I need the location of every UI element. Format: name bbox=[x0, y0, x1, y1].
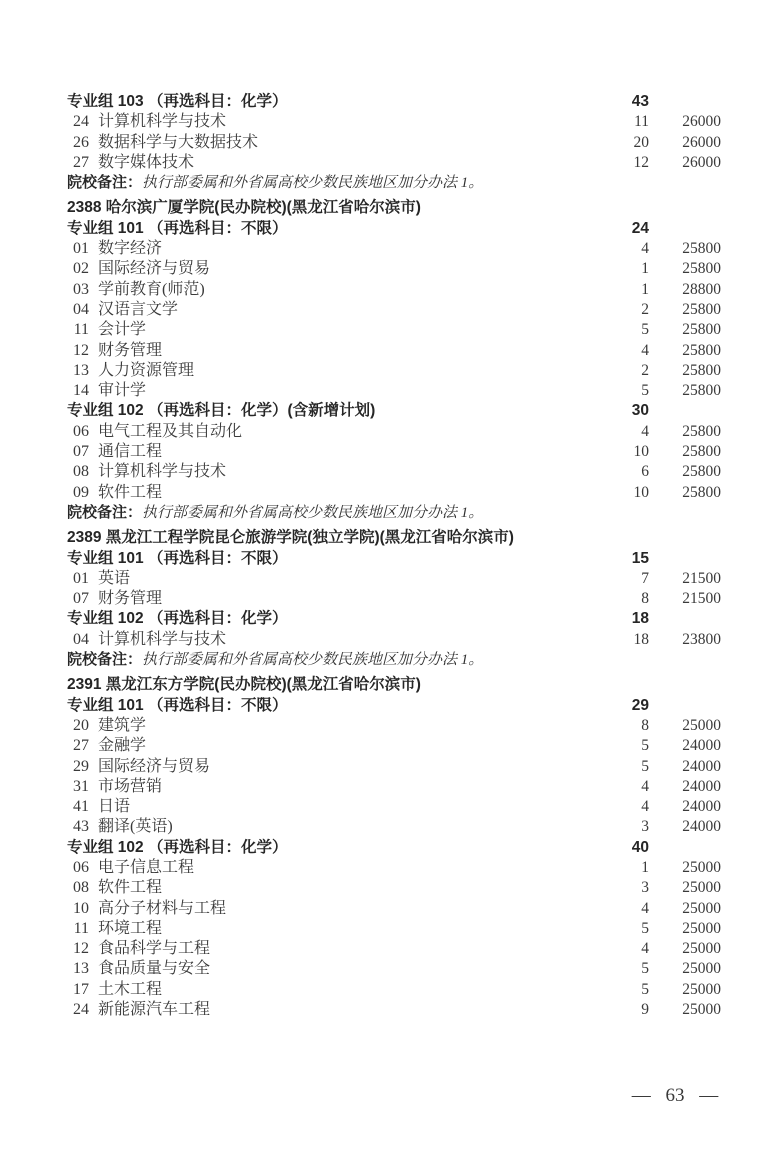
major-code: 20 bbox=[67, 716, 89, 736]
major-name: 学前教育(师范) bbox=[98, 281, 205, 298]
major-tuition-fee: 25800 bbox=[649, 320, 721, 340]
major-name: 计算机科学与技术 bbox=[98, 631, 226, 648]
major-tuition-fee: 24000 bbox=[649, 757, 721, 777]
admission-plan-table: 专业组 103 （再选科目：化学）4324计算机科学与技术112600026数据… bbox=[67, 92, 721, 1020]
major-plan-count: 4 bbox=[589, 422, 649, 442]
major-name: 财务管理 bbox=[98, 590, 162, 607]
group-label: 专业组 102 （再选科目：化学）(含新增计划) bbox=[67, 401, 589, 421]
major-row: 31市场营销424000 bbox=[67, 777, 721, 797]
major-main: 27数字媒体技术 bbox=[67, 153, 589, 173]
major-plan-count: 12 bbox=[589, 153, 649, 173]
major-code: 08 bbox=[67, 878, 89, 898]
major-plan-count: 10 bbox=[589, 442, 649, 462]
major-name: 数据科学与大数据技术 bbox=[98, 134, 258, 151]
major-tuition-fee: 25800 bbox=[649, 300, 721, 320]
major-code: 01 bbox=[67, 239, 89, 259]
major-tuition-fee: 25000 bbox=[649, 899, 721, 919]
major-code: 24 bbox=[67, 1000, 89, 1020]
major-plan-count: 2 bbox=[589, 300, 649, 320]
major-name: 汉语言文学 bbox=[98, 301, 178, 318]
major-main: 04计算机科学与技术 bbox=[67, 630, 589, 650]
major-tuition-fee: 25000 bbox=[649, 716, 721, 736]
major-tuition-fee: 28800 bbox=[649, 280, 721, 300]
major-row: 04汉语言文学225800 bbox=[67, 300, 721, 320]
major-row: 06电子信息工程125000 bbox=[67, 858, 721, 878]
major-code: 43 bbox=[67, 817, 89, 837]
major-code: 10 bbox=[67, 899, 89, 919]
major-plan-count: 4 bbox=[589, 777, 649, 797]
major-plan-count: 20 bbox=[589, 133, 649, 153]
major-code: 29 bbox=[67, 757, 89, 777]
major-group-header: 专业组 101 （再选科目：不限）29 bbox=[67, 696, 721, 716]
major-plan-count: 1 bbox=[589, 858, 649, 878]
major-name: 国际经济与贸易 bbox=[98, 758, 210, 775]
major-code: 07 bbox=[67, 442, 89, 462]
major-code: 06 bbox=[67, 422, 89, 442]
college-note: 院校备注：执行部委属和外省属高校少数民族地区加分办法 1。 bbox=[67, 503, 721, 523]
major-name: 软件工程 bbox=[98, 879, 162, 896]
major-main: 26数据科学与大数据技术 bbox=[67, 133, 589, 153]
major-plan-count: 4 bbox=[589, 899, 649, 919]
major-row: 27金融学524000 bbox=[67, 736, 721, 756]
college-note: 院校备注：执行部委属和外省属高校少数民族地区加分办法 1。 bbox=[67, 650, 721, 670]
major-main: 29国际经济与贸易 bbox=[67, 757, 589, 777]
major-plan-count: 4 bbox=[589, 341, 649, 361]
major-row: 02国际经济与贸易125800 bbox=[67, 259, 721, 279]
major-name: 高分子材料与工程 bbox=[98, 900, 226, 917]
note-text: 执行部委属和外省属高校少数民族地区加分办法 1。 bbox=[142, 652, 483, 668]
major-name: 审计学 bbox=[98, 382, 146, 399]
major-row: 17土木工程525000 bbox=[67, 980, 721, 1000]
major-row: 29国际经济与贸易524000 bbox=[67, 757, 721, 777]
major-tuition-fee: 25000 bbox=[649, 878, 721, 898]
major-tuition-fee: 25000 bbox=[649, 858, 721, 878]
major-plan-count: 8 bbox=[589, 716, 649, 736]
major-code: 02 bbox=[67, 259, 89, 279]
document-page: 专业组 103 （再选科目：化学）4324计算机科学与技术112600026数据… bbox=[0, 0, 777, 1150]
major-name: 数字经济 bbox=[98, 240, 162, 257]
college-note: 院校备注：执行部委属和外省属高校少数民族地区加分办法 1。 bbox=[67, 173, 721, 193]
major-tuition-fee: 25800 bbox=[649, 483, 721, 503]
major-name: 土木工程 bbox=[98, 981, 162, 998]
major-main: 04汉语言文学 bbox=[67, 300, 589, 320]
major-plan-count: 5 bbox=[589, 980, 649, 1000]
major-name: 翻译(英语) bbox=[98, 818, 173, 835]
major-tuition-fee: 26000 bbox=[649, 153, 721, 173]
major-group-header: 专业组 102 （再选科目：化学）40 bbox=[67, 838, 721, 858]
major-name: 通信工程 bbox=[98, 443, 162, 460]
major-code: 27 bbox=[67, 736, 89, 756]
major-code: 09 bbox=[67, 483, 89, 503]
major-row: 24新能源汽车工程925000 bbox=[67, 1000, 721, 1020]
major-group-header: 专业组 103 （再选科目：化学）43 bbox=[67, 92, 721, 112]
major-row: 26数据科学与大数据技术2026000 bbox=[67, 133, 721, 153]
major-main: 06电气工程及其自动化 bbox=[67, 422, 589, 442]
major-plan-count: 3 bbox=[589, 817, 649, 837]
group-plan-count: 15 bbox=[589, 549, 649, 569]
major-plan-count: 5 bbox=[589, 736, 649, 756]
major-tuition-fee: 25800 bbox=[649, 422, 721, 442]
major-tuition-fee: 25800 bbox=[649, 462, 721, 482]
major-tuition-fee: 24000 bbox=[649, 736, 721, 756]
major-tuition-fee: 23800 bbox=[649, 630, 721, 650]
major-code: 04 bbox=[67, 300, 89, 320]
major-row: 08计算机科学与技术625800 bbox=[67, 462, 721, 482]
major-tuition-fee: 24000 bbox=[649, 777, 721, 797]
major-main: 12财务管理 bbox=[67, 341, 589, 361]
major-main: 07财务管理 bbox=[67, 589, 589, 609]
major-plan-count: 5 bbox=[589, 919, 649, 939]
major-tuition-fee: 21500 bbox=[649, 589, 721, 609]
major-code: 03 bbox=[67, 280, 89, 300]
major-code: 12 bbox=[67, 341, 89, 361]
major-code: 41 bbox=[67, 797, 89, 817]
major-main: 11会计学 bbox=[67, 320, 589, 340]
major-row: 04计算机科学与技术1823800 bbox=[67, 630, 721, 650]
major-row: 14审计学525800 bbox=[67, 381, 721, 401]
major-plan-count: 7 bbox=[589, 569, 649, 589]
major-main: 24计算机科学与技术 bbox=[67, 112, 589, 132]
major-main: 14审计学 bbox=[67, 381, 589, 401]
note-main: 院校备注：执行部委属和外省属高校少数民族地区加分办法 1。 bbox=[67, 503, 721, 523]
major-row: 07通信工程1025800 bbox=[67, 442, 721, 462]
major-main: 02国际经济与贸易 bbox=[67, 259, 589, 279]
major-name: 建筑学 bbox=[98, 717, 146, 734]
major-tuition-fee: 25000 bbox=[649, 980, 721, 1000]
note-text: 执行部委属和外省属高校少数民族地区加分办法 1。 bbox=[142, 505, 483, 521]
major-name: 电气工程及其自动化 bbox=[98, 423, 242, 440]
major-name: 电子信息工程 bbox=[98, 859, 194, 876]
major-plan-count: 8 bbox=[589, 589, 649, 609]
note-main: 院校备注：执行部委属和外省属高校少数民族地区加分办法 1。 bbox=[67, 650, 721, 670]
major-main: 10高分子材料与工程 bbox=[67, 899, 589, 919]
major-main: 17土木工程 bbox=[67, 980, 589, 1000]
major-row: 01英语721500 bbox=[67, 569, 721, 589]
major-main: 31市场营销 bbox=[67, 777, 589, 797]
major-name: 日语 bbox=[98, 798, 130, 815]
major-main: 13食品质量与安全 bbox=[67, 959, 589, 979]
major-plan-count: 18 bbox=[589, 630, 649, 650]
major-row: 41日语424000 bbox=[67, 797, 721, 817]
major-tuition-fee: 25000 bbox=[649, 939, 721, 959]
major-code: 04 bbox=[67, 630, 89, 650]
note-text: 执行部委属和外省属高校少数民族地区加分办法 1。 bbox=[142, 175, 483, 191]
major-code: 26 bbox=[67, 133, 89, 153]
major-row: 09软件工程1025800 bbox=[67, 483, 721, 503]
major-row: 27数字媒体技术1226000 bbox=[67, 153, 721, 173]
major-group-header: 专业组 102 （再选科目：化学）18 bbox=[67, 609, 721, 629]
major-plan-count: 5 bbox=[589, 381, 649, 401]
major-plan-count: 9 bbox=[589, 1000, 649, 1020]
major-plan-count: 4 bbox=[589, 239, 649, 259]
major-tuition-fee: 25800 bbox=[649, 341, 721, 361]
major-group-header: 专业组 102 （再选科目：化学）(含新增计划)30 bbox=[67, 401, 721, 421]
major-code: 01 bbox=[67, 569, 89, 589]
group-plan-count: 24 bbox=[589, 219, 649, 239]
major-plan-count: 5 bbox=[589, 757, 649, 777]
major-row: 12财务管理425800 bbox=[67, 341, 721, 361]
major-main: 13人力资源管理 bbox=[67, 361, 589, 381]
major-plan-count: 6 bbox=[589, 462, 649, 482]
major-code: 08 bbox=[67, 462, 89, 482]
major-row: 07财务管理821500 bbox=[67, 589, 721, 609]
note-main: 院校备注：执行部委属和外省属高校少数民族地区加分办法 1。 bbox=[67, 173, 721, 193]
group-label: 专业组 101 （再选科目：不限） bbox=[67, 696, 589, 716]
major-name: 金融学 bbox=[98, 737, 146, 754]
major-code: 14 bbox=[67, 381, 89, 401]
major-tuition-fee: 25000 bbox=[649, 919, 721, 939]
major-name: 会计学 bbox=[98, 321, 146, 338]
major-main: 03学前教育(师范) bbox=[67, 280, 589, 300]
major-main: 27金融学 bbox=[67, 736, 589, 756]
major-tuition-fee: 25800 bbox=[649, 361, 721, 381]
major-main: 09软件工程 bbox=[67, 483, 589, 503]
major-row: 08软件工程325000 bbox=[67, 878, 721, 898]
major-group-header: 专业组 101 （再选科目：不限）24 bbox=[67, 219, 721, 239]
major-row: 10高分子材料与工程425000 bbox=[67, 899, 721, 919]
major-name: 人力资源管理 bbox=[98, 362, 194, 379]
university-header: 2391 黑龙江东方学院(民办院校)(黑龙江省哈尔滨市) bbox=[67, 675, 721, 695]
major-tuition-fee: 25000 bbox=[649, 959, 721, 979]
major-main: 06电子信息工程 bbox=[67, 858, 589, 878]
major-plan-count: 11 bbox=[589, 112, 649, 132]
major-main: 07通信工程 bbox=[67, 442, 589, 462]
university-name: 2388 哈尔滨广厦学院(民办院校)(黑龙江省哈尔滨市) bbox=[67, 198, 589, 218]
major-main: 08软件工程 bbox=[67, 878, 589, 898]
page-number: — 63 — bbox=[595, 1085, 755, 1107]
university-name: 2389 黑龙江工程学院昆仑旅游学院(独立学院)(黑龙江省哈尔滨市) bbox=[67, 528, 589, 548]
major-group-header: 专业组 101 （再选科目：不限）15 bbox=[67, 549, 721, 569]
major-plan-count: 2 bbox=[589, 361, 649, 381]
major-main: 41日语 bbox=[67, 797, 589, 817]
major-row: 20建筑学825000 bbox=[67, 716, 721, 736]
major-plan-count: 1 bbox=[589, 280, 649, 300]
major-main: 11环境工程 bbox=[67, 919, 589, 939]
major-name: 环境工程 bbox=[98, 920, 162, 937]
major-row: 01数字经济425800 bbox=[67, 239, 721, 259]
major-name: 市场营销 bbox=[98, 778, 162, 795]
major-name: 食品质量与安全 bbox=[98, 960, 210, 977]
major-code: 13 bbox=[67, 361, 89, 381]
major-name: 数字媒体技术 bbox=[98, 154, 194, 171]
group-label: 专业组 102 （再选科目：化学） bbox=[67, 609, 589, 629]
group-label: 专业组 102 （再选科目：化学） bbox=[67, 838, 589, 858]
major-row: 43翻译(英语)324000 bbox=[67, 817, 721, 837]
major-code: 27 bbox=[67, 153, 89, 173]
major-main: 20建筑学 bbox=[67, 716, 589, 736]
major-plan-count: 4 bbox=[589, 797, 649, 817]
major-code: 12 bbox=[67, 939, 89, 959]
major-plan-count: 5 bbox=[589, 959, 649, 979]
major-name: 财务管理 bbox=[98, 342, 162, 359]
major-row: 03学前教育(师范)128800 bbox=[67, 280, 721, 300]
major-tuition-fee: 21500 bbox=[649, 569, 721, 589]
major-tuition-fee: 25000 bbox=[649, 1000, 721, 1020]
major-code: 11 bbox=[67, 919, 89, 939]
major-plan-count: 4 bbox=[589, 939, 649, 959]
major-code: 17 bbox=[67, 980, 89, 1000]
major-row: 11会计学525800 bbox=[67, 320, 721, 340]
group-plan-count: 18 bbox=[589, 609, 649, 629]
university-header: 2389 黑龙江工程学院昆仑旅游学院(独立学院)(黑龙江省哈尔滨市) bbox=[67, 528, 721, 548]
major-tuition-fee: 25800 bbox=[649, 259, 721, 279]
major-row: 06电气工程及其自动化425800 bbox=[67, 422, 721, 442]
note-label: 院校备注： bbox=[67, 174, 142, 191]
major-main: 01英语 bbox=[67, 569, 589, 589]
note-label: 院校备注： bbox=[67, 504, 142, 521]
major-plan-count: 10 bbox=[589, 483, 649, 503]
major-tuition-fee: 24000 bbox=[649, 817, 721, 837]
major-tuition-fee: 25800 bbox=[649, 239, 721, 259]
major-name: 食品科学与工程 bbox=[98, 940, 210, 957]
major-row: 12食品科学与工程425000 bbox=[67, 939, 721, 959]
major-code: 07 bbox=[67, 589, 89, 609]
major-main: 24新能源汽车工程 bbox=[67, 1000, 589, 1020]
major-main: 08计算机科学与技术 bbox=[67, 462, 589, 482]
major-code: 31 bbox=[67, 777, 89, 797]
university-name: 2391 黑龙江东方学院(民办院校)(黑龙江省哈尔滨市) bbox=[67, 675, 589, 695]
group-plan-count: 30 bbox=[589, 401, 649, 421]
major-row: 24计算机科学与技术1126000 bbox=[67, 112, 721, 132]
major-name: 软件工程 bbox=[98, 484, 162, 501]
group-plan-count: 29 bbox=[589, 696, 649, 716]
major-main: 43翻译(英语) bbox=[67, 817, 589, 837]
major-code: 13 bbox=[67, 959, 89, 979]
major-main: 01数字经济 bbox=[67, 239, 589, 259]
group-plan-count: 43 bbox=[589, 92, 649, 112]
major-name: 英语 bbox=[98, 570, 130, 587]
major-row: 11环境工程525000 bbox=[67, 919, 721, 939]
major-plan-count: 5 bbox=[589, 320, 649, 340]
group-label: 专业组 101 （再选科目：不限） bbox=[67, 549, 589, 569]
major-name: 计算机科学与技术 bbox=[98, 113, 226, 130]
major-code: 06 bbox=[67, 858, 89, 878]
group-label: 专业组 103 （再选科目：化学） bbox=[67, 92, 589, 112]
major-code: 11 bbox=[67, 320, 89, 340]
major-name: 新能源汽车工程 bbox=[98, 1001, 210, 1018]
major-tuition-fee: 26000 bbox=[649, 112, 721, 132]
group-label: 专业组 101 （再选科目：不限） bbox=[67, 219, 589, 239]
major-name: 国际经济与贸易 bbox=[98, 260, 210, 277]
major-tuition-fee: 24000 bbox=[649, 797, 721, 817]
university-header: 2388 哈尔滨广厦学院(民办院校)(黑龙江省哈尔滨市) bbox=[67, 198, 721, 218]
major-plan-count: 3 bbox=[589, 878, 649, 898]
group-plan-count: 40 bbox=[589, 838, 649, 858]
major-tuition-fee: 25800 bbox=[649, 442, 721, 462]
major-tuition-fee: 26000 bbox=[649, 133, 721, 153]
major-row: 13食品质量与安全525000 bbox=[67, 959, 721, 979]
note-label: 院校备注： bbox=[67, 651, 142, 668]
major-code: 24 bbox=[67, 112, 89, 132]
major-plan-count: 1 bbox=[589, 259, 649, 279]
major-row: 13人力资源管理225800 bbox=[67, 361, 721, 381]
major-main: 12食品科学与工程 bbox=[67, 939, 589, 959]
major-name: 计算机科学与技术 bbox=[98, 463, 226, 480]
major-tuition-fee: 25800 bbox=[649, 381, 721, 401]
